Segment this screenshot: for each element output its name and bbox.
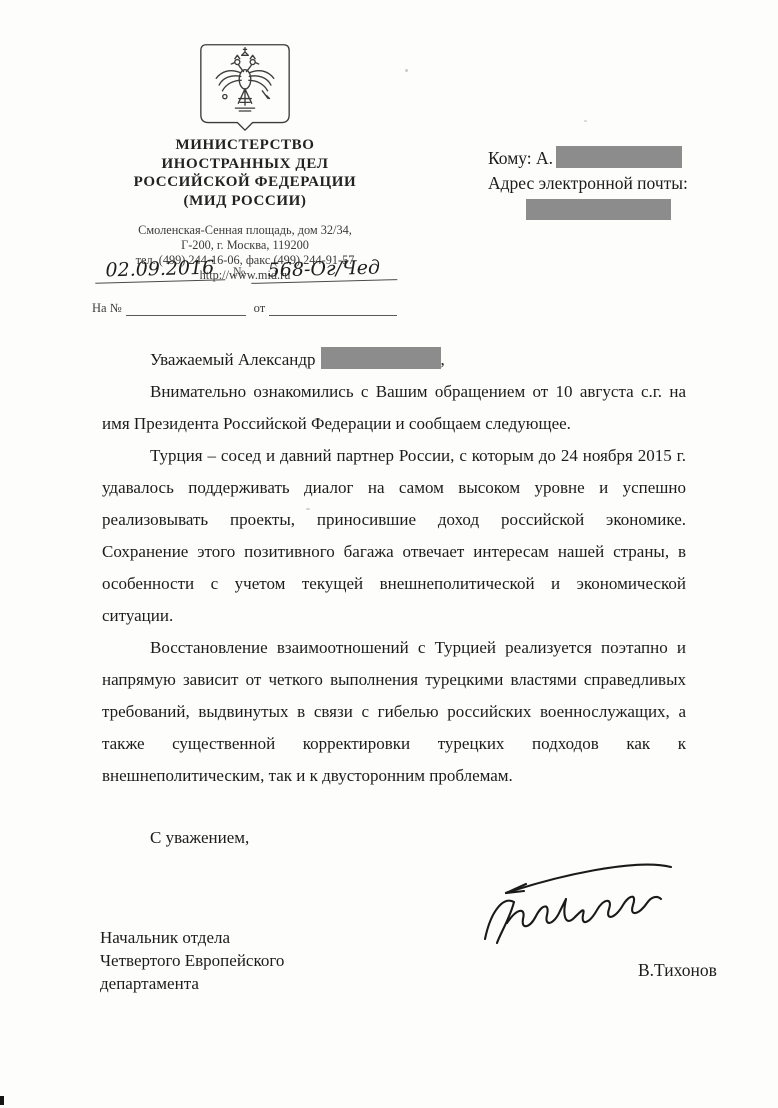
recipient-email-label: Адрес электронной почты: bbox=[488, 173, 688, 193]
handwritten-doc-number: 568-Ог/Чед bbox=[251, 256, 397, 284]
recipient-to-label: Кому: А. bbox=[488, 148, 553, 168]
handwritten-signature bbox=[473, 846, 683, 946]
letter-body: Уважаемый Александр, Внимательно ознаком… bbox=[102, 344, 686, 792]
letterhead: МИНИСТЕРСТВО ИНОСТРАННЫХ ДЕЛ РОССИЙСКОЙ … bbox=[95, 42, 395, 283]
ministry-line: РОССИЙСКОЙ ФЕДЕРАЦИИ bbox=[95, 173, 395, 192]
ministry-name: МИНИСТЕРСТВО ИНОСТРАННЫХ ДЕЛ РОССИЙСКОЙ … bbox=[95, 136, 395, 210]
recipient-block: Кому: А. Адрес электронной почты: bbox=[488, 146, 716, 220]
position-line: Начальник отдела bbox=[100, 926, 284, 949]
reference-line: 02.09.2016 № 568-Ог/Чед bbox=[95, 258, 397, 282]
scan-speck bbox=[584, 120, 587, 122]
scan-edge-mark bbox=[0, 1096, 4, 1105]
incoming-number-label: На № bbox=[92, 301, 122, 316]
incoming-number-blank bbox=[126, 300, 246, 316]
body-paragraph-1: Внимательно ознакомились с Вашим обращен… bbox=[102, 376, 686, 440]
number-sign-label: № bbox=[233, 264, 245, 280]
redaction-box-recipient-name bbox=[556, 146, 682, 168]
incoming-reference-line: На № от bbox=[92, 300, 402, 316]
ministry-line: МИНИСТЕРСТВО bbox=[95, 136, 395, 155]
incoming-date-blank bbox=[269, 300, 397, 316]
address-line: Г-200, г. Москва, 119200 bbox=[95, 238, 395, 253]
address-line: Смоленская-Сенная площадь, дом 32/34, bbox=[95, 223, 395, 238]
closing-phrase: С уважением, bbox=[150, 828, 249, 848]
signer-name: В.Тихонов bbox=[638, 960, 717, 981]
ministry-line: (МИД РОССИИ) bbox=[95, 192, 395, 211]
position-line: департамента bbox=[100, 972, 284, 995]
letter-page: МИНИСТЕРСТВО ИНОСТРАННЫХ ДЕЛ РОССИЙСКОЙ … bbox=[0, 0, 778, 1108]
incoming-from-label: от bbox=[254, 301, 266, 316]
coat-of-arms-icon bbox=[197, 42, 293, 132]
salutation-text: Уважаемый Александр bbox=[150, 350, 316, 369]
redaction-box-surname bbox=[321, 347, 441, 369]
salutation-comma: , bbox=[441, 350, 445, 369]
body-paragraph-3: Восстановление взаимоотношений с Турцией… bbox=[102, 632, 686, 792]
scan-speck bbox=[306, 508, 310, 510]
position-line: Четвертого Европейского bbox=[100, 949, 284, 972]
body-paragraph-2: Турция – сосед и давний партнер России, … bbox=[102, 440, 686, 632]
ministry-line: ИНОСТРАННЫХ ДЕЛ bbox=[95, 155, 395, 174]
handwritten-date: 02.09.2016 bbox=[95, 256, 225, 283]
scan-speck bbox=[405, 69, 408, 72]
salutation: Уважаемый Александр, bbox=[102, 344, 686, 376]
signer-position: Начальник отдела Четвертого Европейского… bbox=[100, 926, 284, 995]
redaction-box-email bbox=[526, 199, 671, 220]
